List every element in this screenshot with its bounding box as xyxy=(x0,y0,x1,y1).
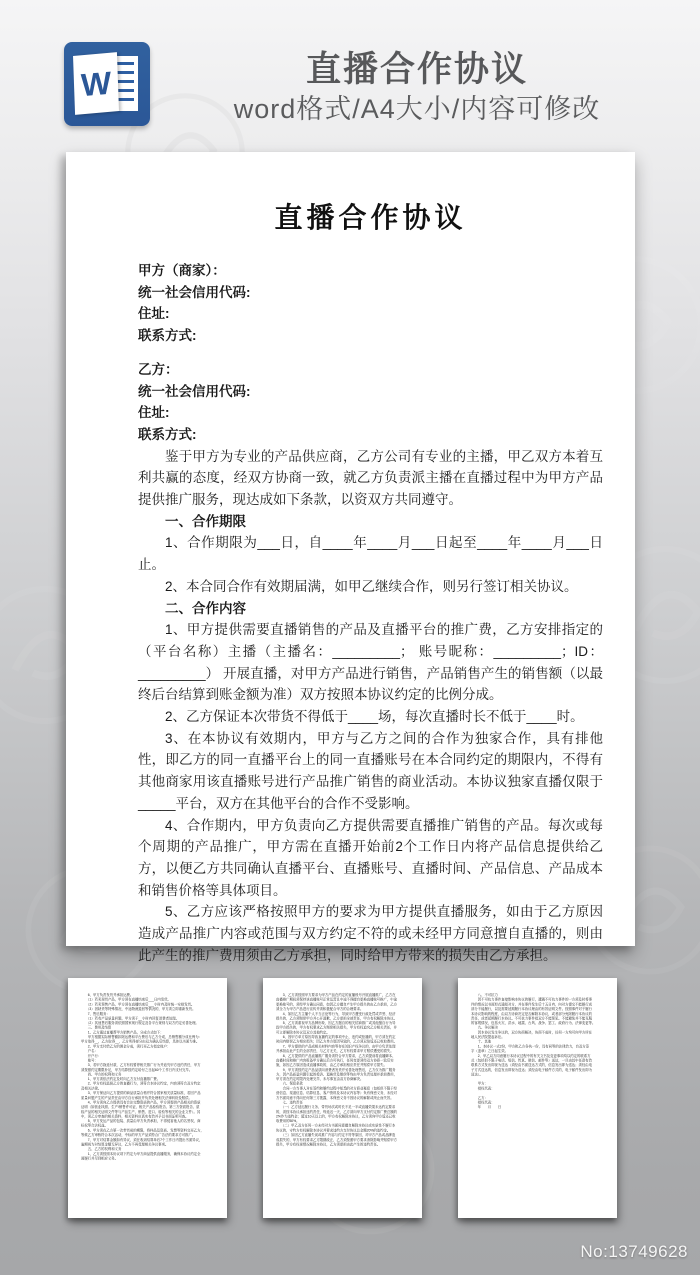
page-thumbnail-2: 6、甲方负责发货并承担运费。 （1）若卖现货产品，甲方须在直播结束后___日内发… xyxy=(68,978,227,1218)
word-icon-page: W xyxy=(73,52,119,115)
document-title: 直播合作协议 xyxy=(138,196,603,236)
page-thumbnail-3-text: 3、乙方须按照甲方要求为甲方产品在约定的直播账号开展直播推广，乙方在直播推广期间… xyxy=(276,993,409,1147)
document-page-preview: 直播合作协议 甲方（商家）：统一社会信用代码:住址:联系方式: 乙方：统一社会信… xyxy=(66,152,635,946)
page-title: 直播合作协议 xyxy=(150,42,684,92)
section-1-heading: 一、合作期限 xyxy=(138,511,603,533)
page-thumbnail-3: 3、乙方须按照甲方要求为甲方产品在约定的直播账号开展直播推广，乙方在直播推广期间… xyxy=(263,978,422,1218)
page-thumbnail-4-text: 八、不可抗力 因不可抗力事件直接影响本协议的履行，遭遇不可抗力事件的一方须及时将… xyxy=(471,993,604,1110)
page-thumbnail-4: 八、不可抗力 因不可抗力事件直接影响本协议的履行，遭遇不可抗力事件的一方须及时将… xyxy=(458,978,617,1218)
word-icon-letter: W xyxy=(80,66,111,101)
section-2-heading: 二、合作内容 xyxy=(138,598,603,620)
serial-number: No:13749628 xyxy=(580,1242,688,1262)
page-thumbnail-2-text: 6、甲方负责发货并承担运费。 （1）若卖现货产品，甲方须在直播结束后___日内发… xyxy=(81,993,214,1161)
section-1-clauses: 1、合作期限为___日，自____年____月___日起至____年____月_… xyxy=(138,532,603,597)
section-2-clauses: 1、甲方提供需要直播销售的产品及直播平台的推广费，乙方安排指定的（平台名称）主播… xyxy=(138,619,603,966)
party-b-block: 乙方：统一社会信用代码:住址:联系方式: xyxy=(138,359,603,446)
preamble-paragraph: 鉴于甲方为专业的产品供应商，乙方公司有专业的主播，甲乙双方本着互利共赢的态度，经… xyxy=(138,446,603,511)
page-subtitle: word格式/A4大小/内容可修改 xyxy=(150,87,684,126)
document-body: 甲方（商家）：统一社会信用代码:住址:联系方式: 乙方：统一社会信用代码:住址:… xyxy=(138,260,603,967)
word-icon: W xyxy=(64,42,150,126)
party-a-block: 甲方（商家）：统一社会信用代码:住址:联系方式: xyxy=(138,260,603,347)
